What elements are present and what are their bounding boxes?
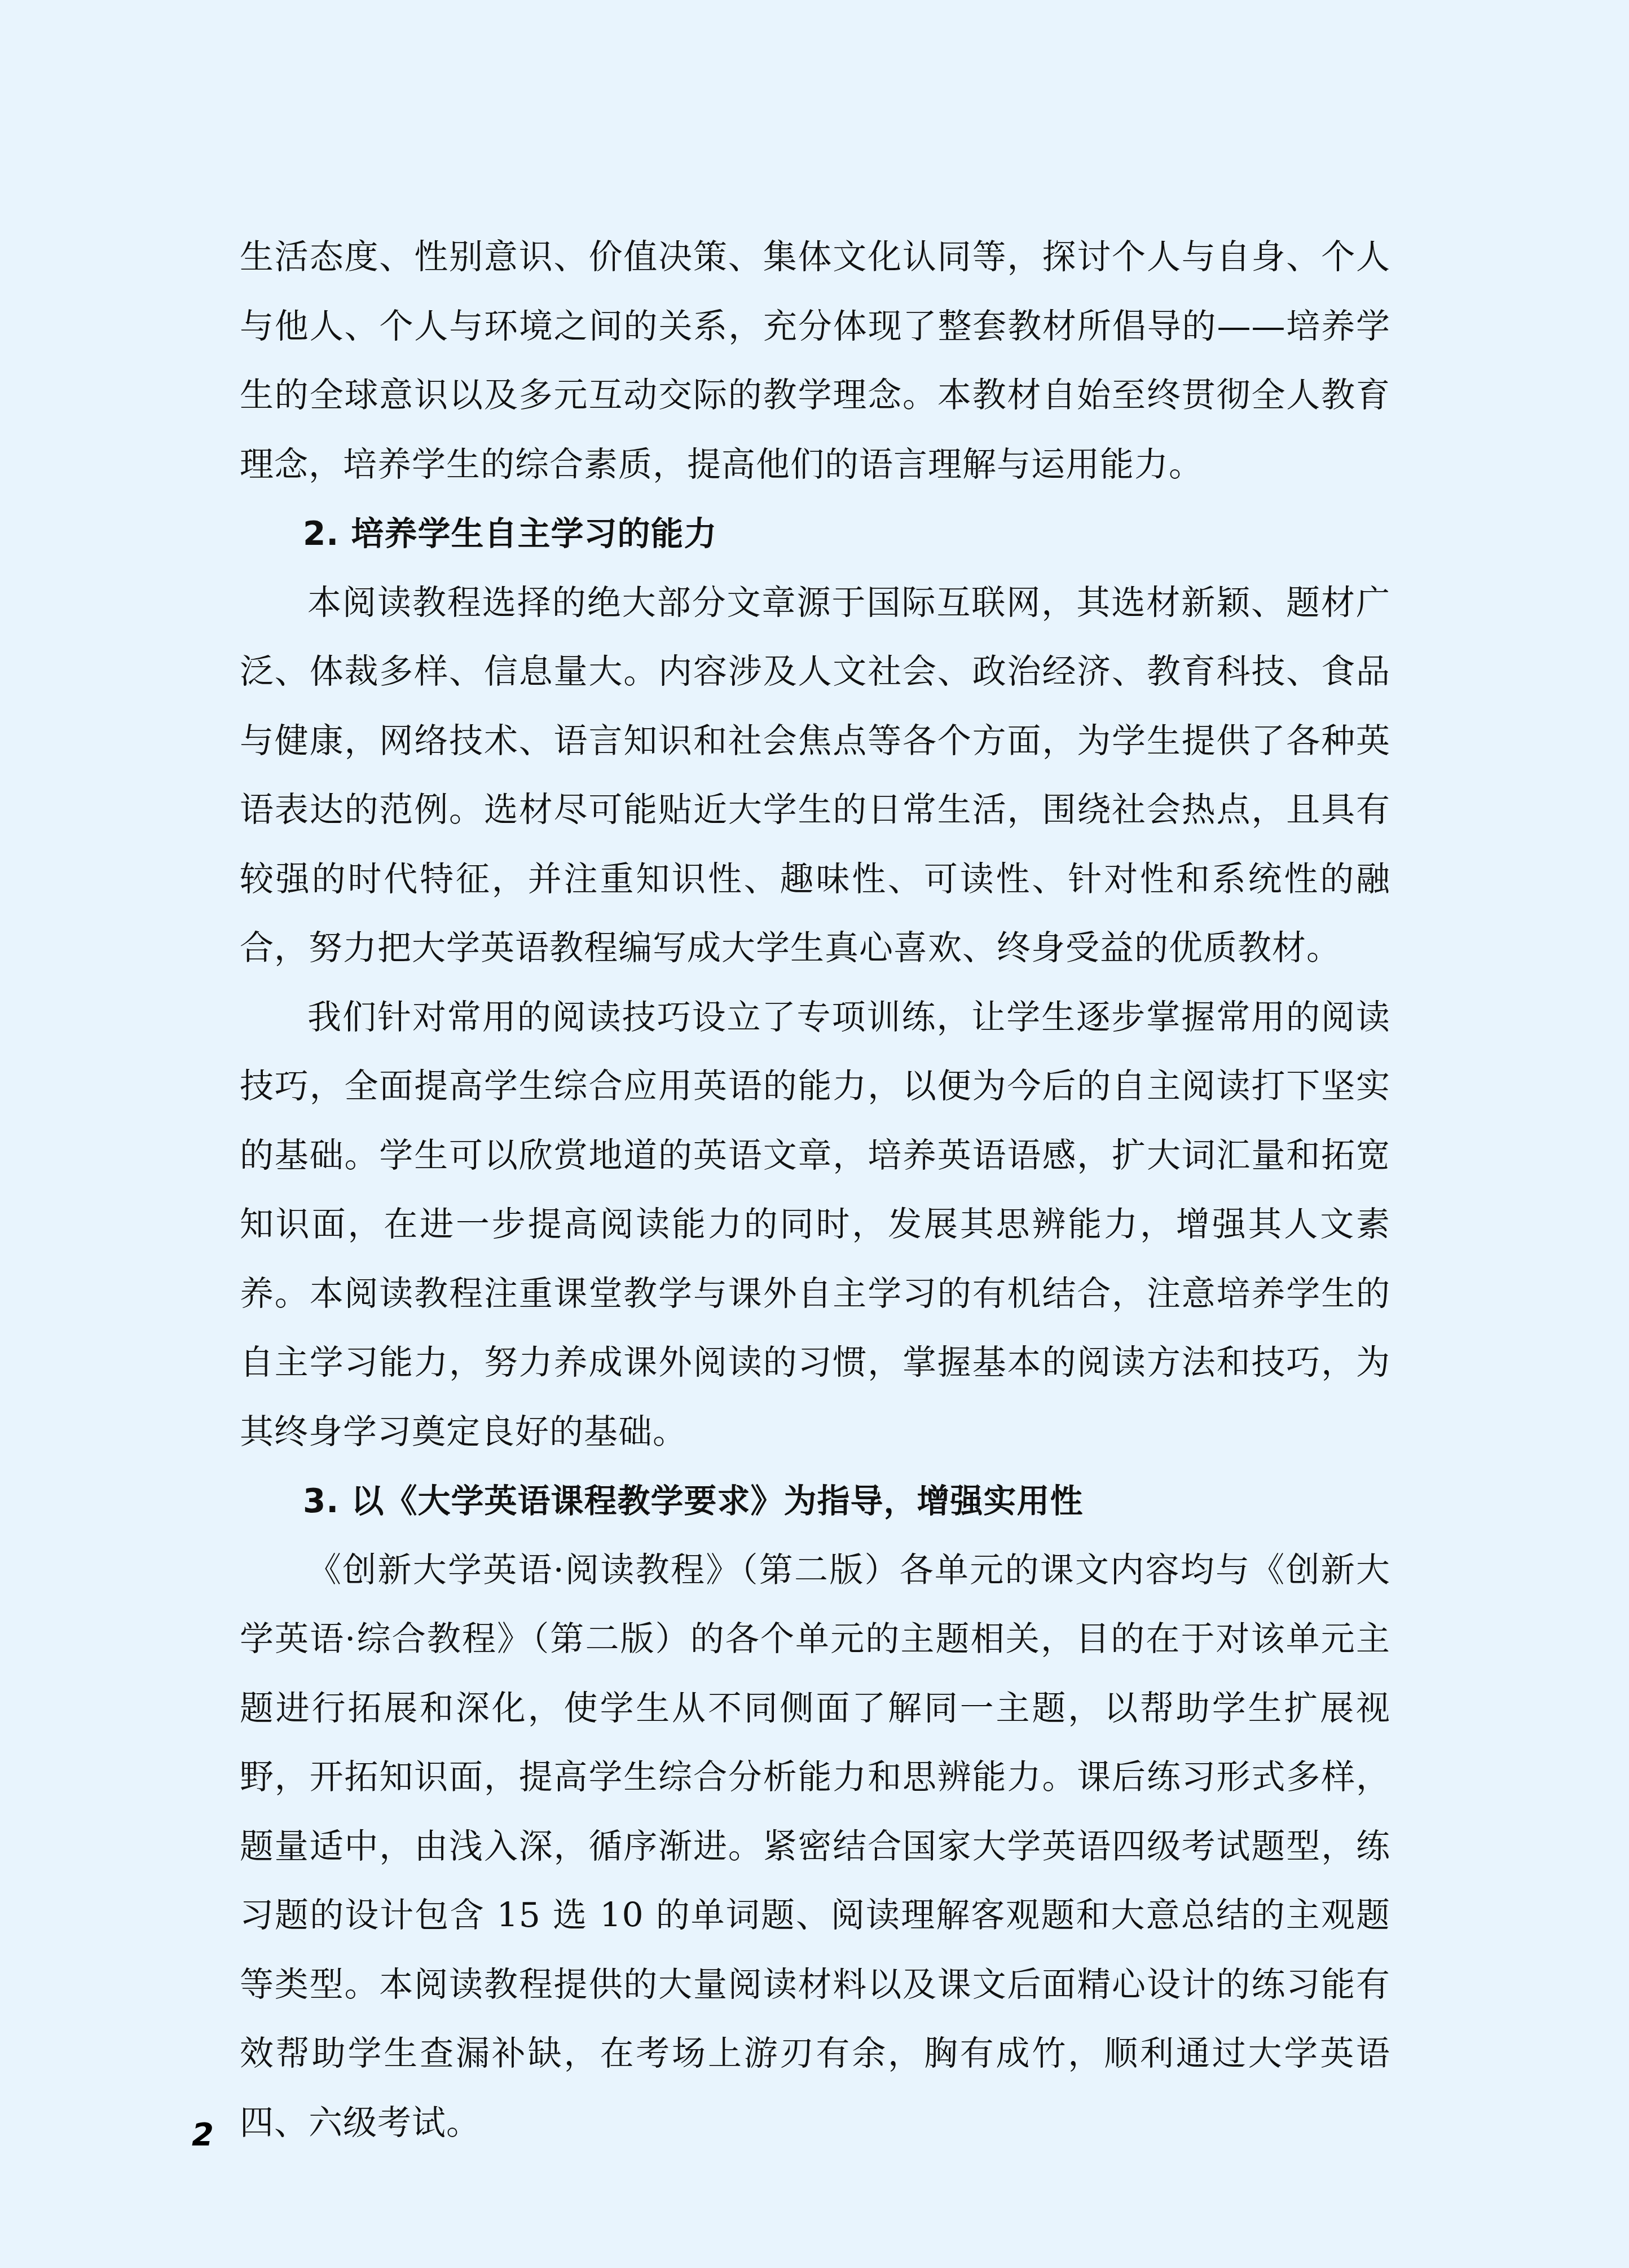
page-number: 2 bbox=[192, 2116, 214, 2153]
section-heading-practicality: 3. 以《大学英语课程教学要求》为指导，增强实用性 bbox=[240, 1467, 1390, 1536]
paragraph-reading-skills: 我们针对常用的阅读技巧设立了专项训练，让学生逐步掌握常用的阅读技巧，全面提高学生… bbox=[240, 983, 1390, 1467]
page-body: 生活态度、性别意识、价值决策、集体文化认同等，探讨个人与自身、个人与他人、个人与… bbox=[240, 223, 1390, 2157]
paragraph-intro-continuation: 生活态度、性别意识、价值决策、集体文化认同等，探讨个人与自身、个人与他人、个人与… bbox=[240, 223, 1390, 499]
paragraph-textbook-relation: 《创新大学英语·阅读教程》（第二版）各单元的课文内容均与《创新大学英语·综合教程… bbox=[240, 1536, 1390, 2158]
paragraph-material-selection: 本阅读教程选择的绝大部分文章源于国际互联网，其选材新颖、题材广泛、体裁多样、信息… bbox=[240, 569, 1390, 983]
section-heading-autonomous-learning: 2. 培养学生自主学习的能力 bbox=[240, 499, 1390, 569]
